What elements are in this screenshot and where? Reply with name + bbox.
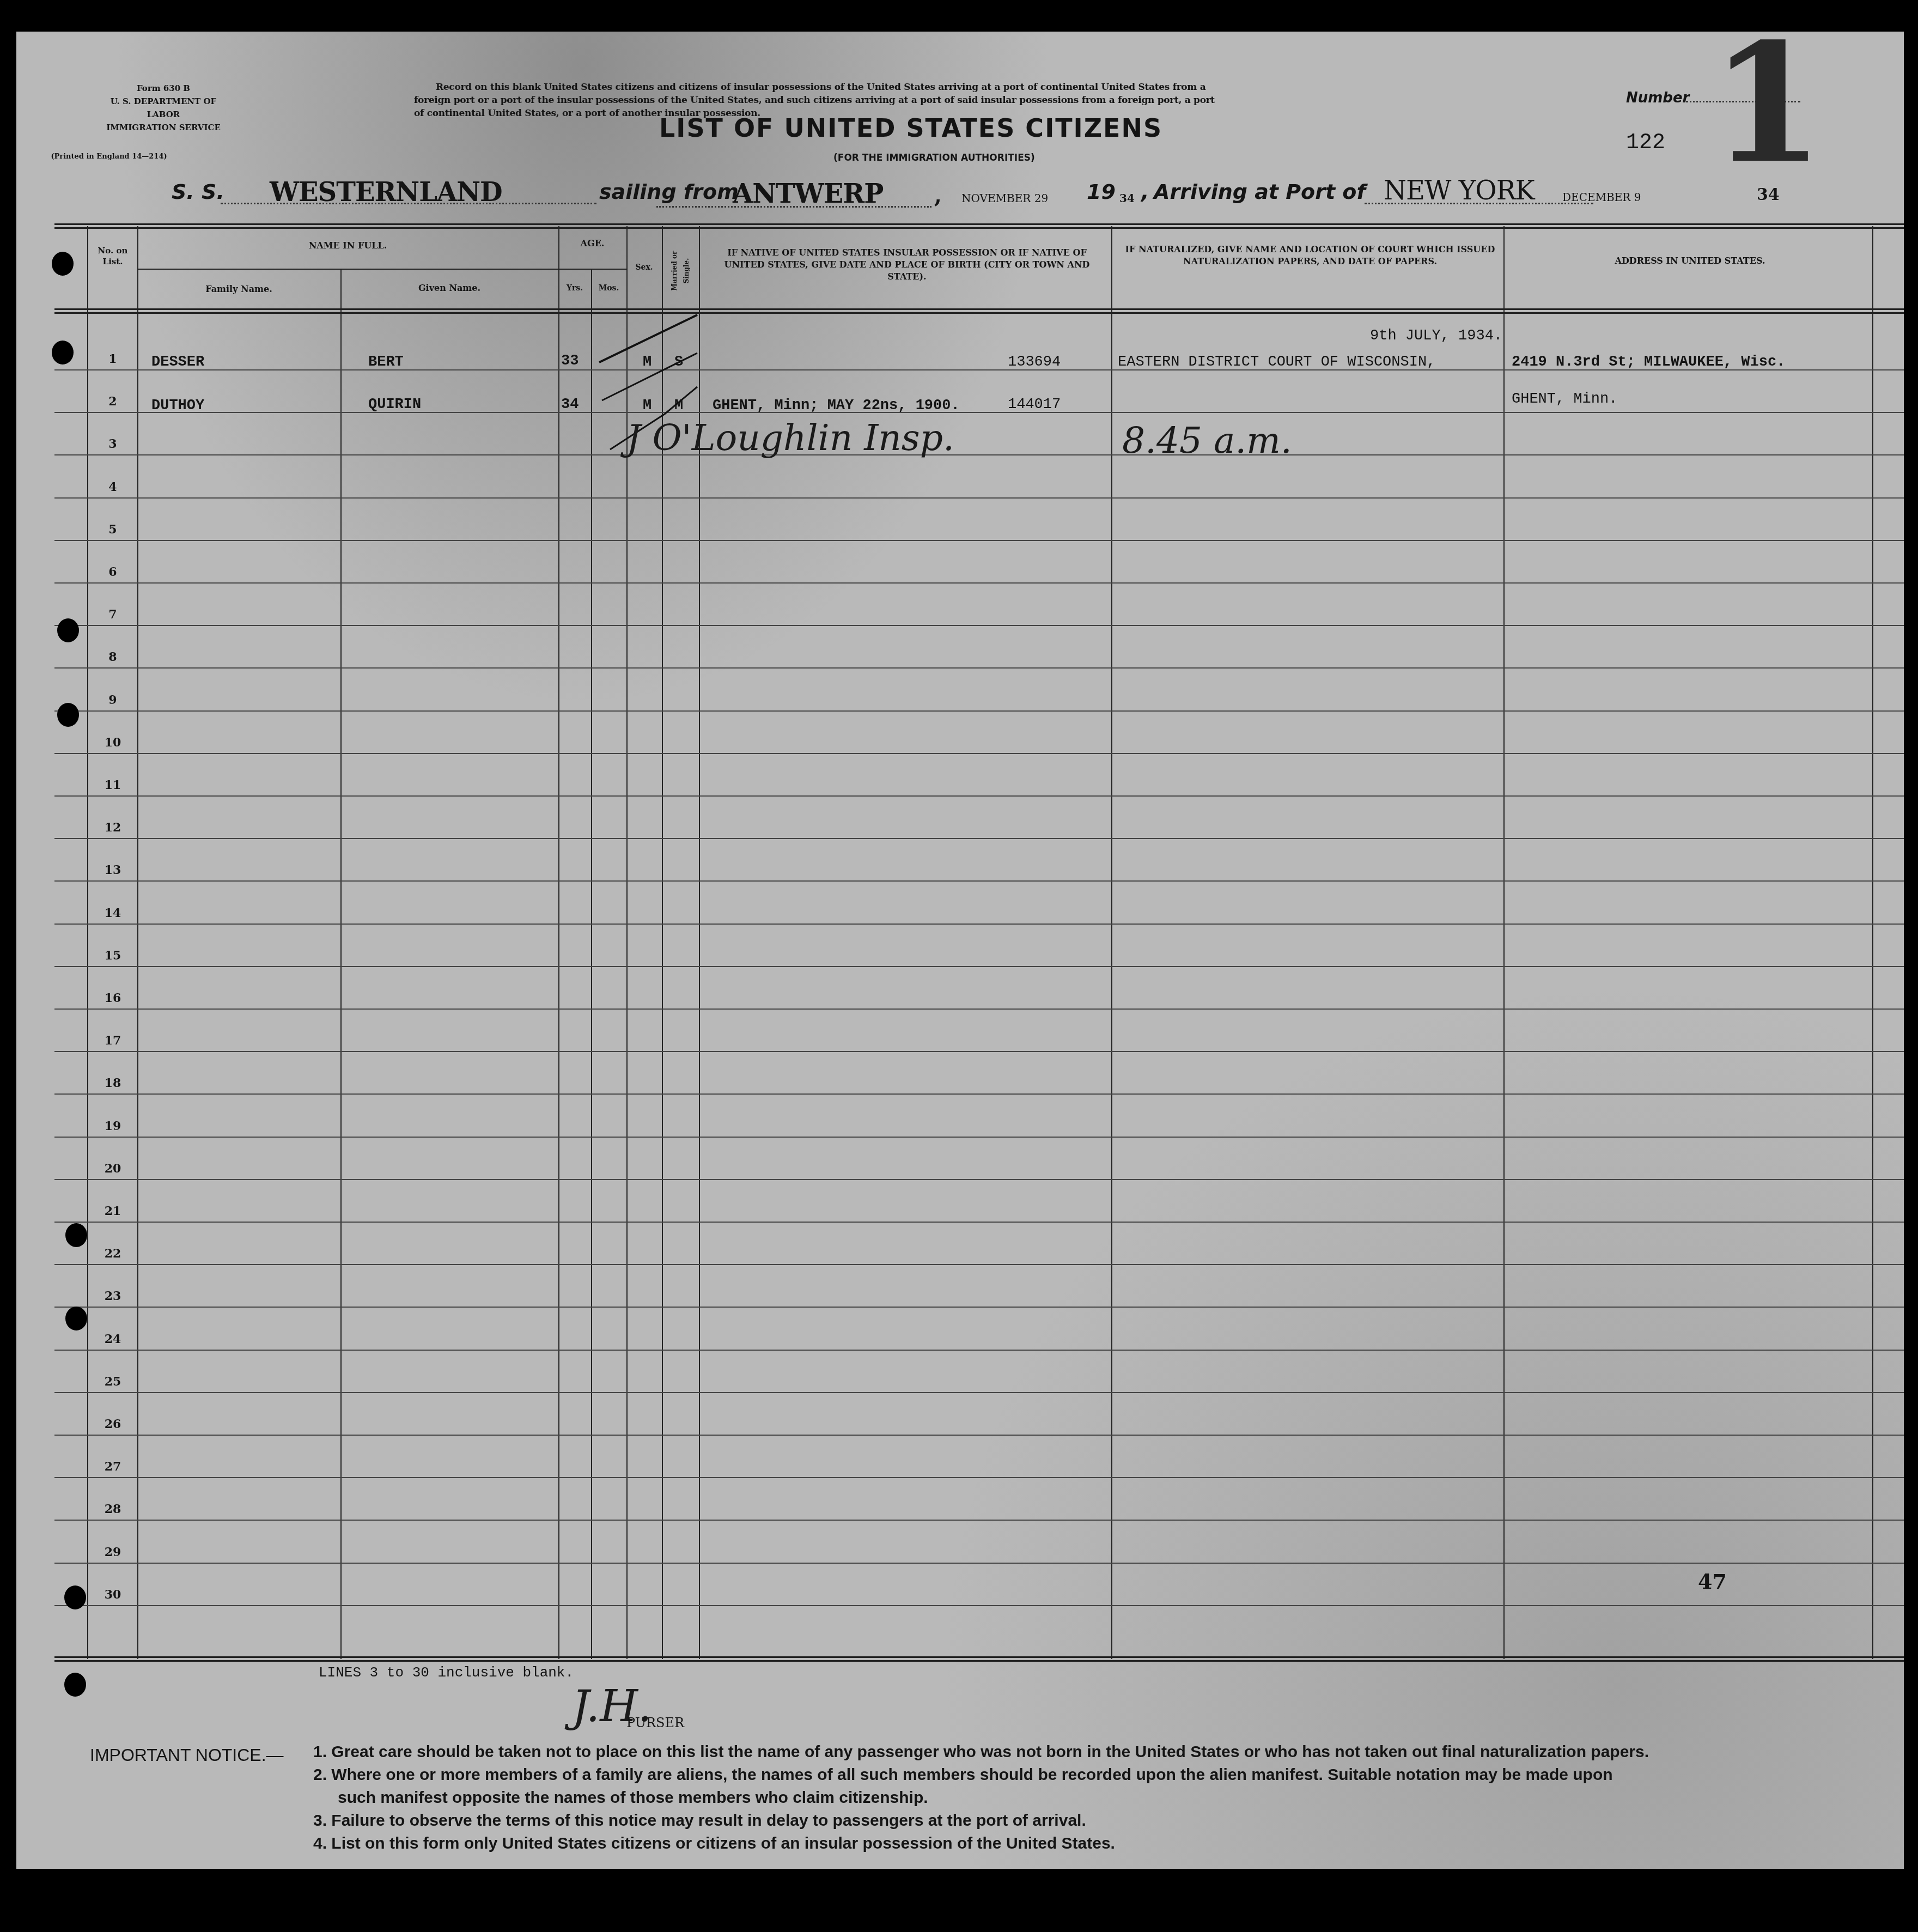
col-sex: Sex.	[626, 262, 662, 274]
row-number: 12	[88, 821, 137, 835]
notice-4: 4. List on this form only United States …	[313, 1832, 1115, 1855]
notice-1: 1. Great care should be taken not to pla…	[313, 1741, 1649, 1764]
row-number: 15	[88, 949, 137, 963]
port-from: ANTWERP	[733, 179, 883, 209]
row-rule	[54, 1520, 1904, 1521]
name-age-subdivider	[137, 269, 626, 270]
row-number: 26	[88, 1417, 137, 1431]
service-label: IMMIGRATION SERVICE	[93, 121, 234, 134]
row-number: 25	[88, 1375, 137, 1389]
departure-date: NOVEMBER 29	[961, 192, 1048, 205]
punch-hole	[64, 1673, 86, 1697]
row-number: 3	[88, 437, 137, 451]
row-rule	[54, 924, 1904, 925]
col-married-or-single: Married or Single.	[668, 241, 692, 301]
row-rule	[54, 1605, 1904, 1606]
row-rule	[54, 625, 1904, 626]
notice-3: 3. Failure to observe the terms of this …	[313, 1809, 1086, 1832]
number-label: Number	[1626, 90, 1689, 106]
page-subtitle: (FOR THE IMMIGRATION AUTHORITIES)	[833, 153, 1035, 163]
row-rule	[54, 710, 1904, 712]
row-1-given: BERT	[368, 354, 404, 370]
row-number: 7	[88, 607, 137, 622]
punch-hole	[52, 252, 74, 276]
row-rule	[54, 1350, 1904, 1351]
row-2-family: DUTHOY	[151, 398, 204, 414]
col-yrs: Yrs.	[558, 282, 591, 294]
instruction-line-2: foreign port or a port of the insular po…	[414, 94, 1498, 107]
row-number: 2	[88, 394, 137, 409]
col-birth: IF NATIVE OF UNITED STATES INSULAR POSSE…	[711, 247, 1103, 283]
page-title: LIST OF UNITED STATES CITIZENS	[659, 113, 1162, 143]
row-rule	[54, 412, 1904, 413]
row-1-yrs: 33	[561, 353, 579, 369]
row-number: 1	[88, 352, 137, 366]
row-rule	[54, 1179, 1904, 1180]
row-rule	[54, 1264, 1904, 1265]
row-rule	[54, 1392, 1904, 1393]
row-2-cert-number: 144017	[1008, 397, 1061, 413]
list-number: 1	[1710, 22, 1824, 185]
inspector-signature: J O'Loughlin Insp.	[626, 417, 954, 459]
col-mos: Mos.	[591, 282, 626, 294]
col-divider	[137, 226, 138, 1659]
row-rule	[54, 497, 1904, 499]
row-rule	[54, 838, 1904, 839]
header-bottom-rule	[54, 308, 1904, 314]
margin-number: 47	[1698, 1569, 1727, 1594]
comma: ,	[934, 183, 941, 208]
punch-hole	[64, 1585, 86, 1609]
row-1-family: DESSER	[151, 354, 204, 370]
row-number: 28	[88, 1502, 137, 1516]
purser-label: PURSER	[626, 1715, 684, 1730]
ss-label: S. S.	[172, 180, 224, 204]
departure-year: 34	[1119, 192, 1135, 205]
row-rule	[54, 880, 1904, 882]
row-rule	[54, 1051, 1904, 1052]
row-number: 11	[88, 778, 137, 792]
row-number: 24	[88, 1332, 137, 1346]
row-number: 14	[88, 906, 137, 920]
col-age: AGE.	[558, 238, 626, 250]
row-2-address: GHENT, Minn.	[1512, 391, 1617, 408]
blank-lines-note: LINES 3 to 30 inclusive blank.	[319, 1664, 574, 1681]
col-divider	[591, 270, 592, 1659]
department-label: U. S. DEPARTMENT OF LABOR	[93, 95, 234, 121]
year-prefix: 19	[1087, 180, 1116, 204]
col-divider	[1111, 226, 1112, 1659]
row-number: 5	[88, 523, 137, 537]
form-number: Form 630 B	[93, 82, 234, 95]
row-rule	[54, 667, 1904, 669]
notice-2: 2. Where one or more members of a family…	[313, 1764, 1613, 1787]
col-divider	[558, 226, 559, 1659]
row-number: 29	[88, 1545, 137, 1559]
manifest-page	[16, 32, 1904, 1869]
row-rule	[54, 1093, 1904, 1095]
row-number: 17	[88, 1034, 137, 1048]
arrival-date: DECEMBER 9	[1562, 191, 1641, 204]
row-rule	[54, 1008, 1904, 1010]
row-rule	[54, 1477, 1904, 1478]
row-number: 9	[88, 693, 137, 707]
row-number: 4	[88, 480, 137, 494]
printed-note: (Printed in England 14—214)	[38, 150, 180, 163]
row-number: 13	[88, 863, 137, 877]
col-given-name: Given Name.	[340, 282, 558, 294]
row-number: 23	[88, 1289, 137, 1303]
notice-heading: IMPORTANT NOTICE.—	[90, 1743, 284, 1766]
punch-hole	[52, 341, 74, 364]
row-rule	[54, 753, 1904, 754]
page-number: 122	[1626, 131, 1665, 155]
row-number: 18	[88, 1076, 137, 1090]
col-no-on-list: No. on List.	[88, 245, 137, 267]
ship-name: WESTERNLAND	[270, 177, 502, 208]
table-bottom-rule	[54, 1656, 1904, 1662]
form-id-block: Form 630 B U. S. DEPARTMENT OF LABOR IMM…	[93, 82, 234, 134]
col-divider	[1872, 226, 1873, 1659]
row-number: 21	[88, 1204, 137, 1218]
arrival-year: 34	[1757, 185, 1780, 204]
col-divider	[340, 270, 342, 1659]
row-1-cert-number: 133694	[1008, 354, 1061, 370]
row-number: 6	[88, 565, 137, 579]
instruction-line-1: Record on this blank United States citiz…	[414, 81, 1498, 94]
arriving-label: Arriving at Port of	[1154, 180, 1366, 204]
row-1-naturalization-court: EASTERN DISTRICT COURT OF WISCONSIN,	[1118, 354, 1435, 370]
row-number: 22	[88, 1247, 137, 1261]
inspection-time: 8.45 a.m.	[1122, 420, 1292, 461]
row-rule	[54, 454, 1904, 455]
row-1-address: 2419 N.3rd St; MILWAUKEE, Wisc.	[1512, 354, 1785, 370]
row-number: 19	[88, 1119, 137, 1133]
row-number: 27	[88, 1460, 137, 1474]
row-rule	[54, 795, 1904, 797]
row-rule	[54, 1307, 1904, 1308]
row-number: 10	[88, 736, 137, 750]
notice-2-cont: such manifest opposite the names of thos…	[338, 1787, 928, 1809]
port-to: NEW YORK	[1384, 175, 1535, 206]
punch-hole	[57, 618, 79, 642]
punch-hole	[65, 1223, 87, 1247]
row-rule	[54, 1563, 1904, 1564]
row-2-given: QUIRIN	[368, 397, 421, 413]
comma-2: ,	[1141, 180, 1149, 204]
row-number: 16	[88, 991, 137, 1005]
row-2-birth: GHENT, Minn; MAY 22ns, 1900.	[713, 398, 960, 414]
row-rule	[54, 966, 1904, 967]
row-number: 30	[88, 1588, 137, 1602]
sailing-from-label: sailing from	[599, 180, 739, 204]
col-name-in-full: NAME IN FULL.	[137, 240, 558, 252]
row-1-naturalization-date: 9th JULY, 1934.	[1370, 328, 1502, 344]
row-rule	[54, 582, 1904, 584]
punch-hole	[57, 703, 79, 727]
row-rule	[54, 1137, 1904, 1138]
row-rule	[54, 1222, 1904, 1223]
col-family-name: Family Name.	[137, 283, 340, 295]
row-2-yrs: 34	[561, 397, 579, 413]
punch-hole	[65, 1307, 87, 1330]
col-address: ADDRESS IN UNITED STATES.	[1509, 255, 1871, 267]
col-divider	[1503, 226, 1505, 1659]
row-rule	[54, 540, 1904, 541]
table-top-rule	[54, 223, 1904, 229]
row-rule	[54, 1435, 1904, 1436]
row-number: 20	[88, 1162, 137, 1176]
col-naturalization: IF NATURALIZED, GIVE NAME AND LOCATION O…	[1119, 244, 1501, 268]
row-number: 8	[88, 650, 137, 664]
